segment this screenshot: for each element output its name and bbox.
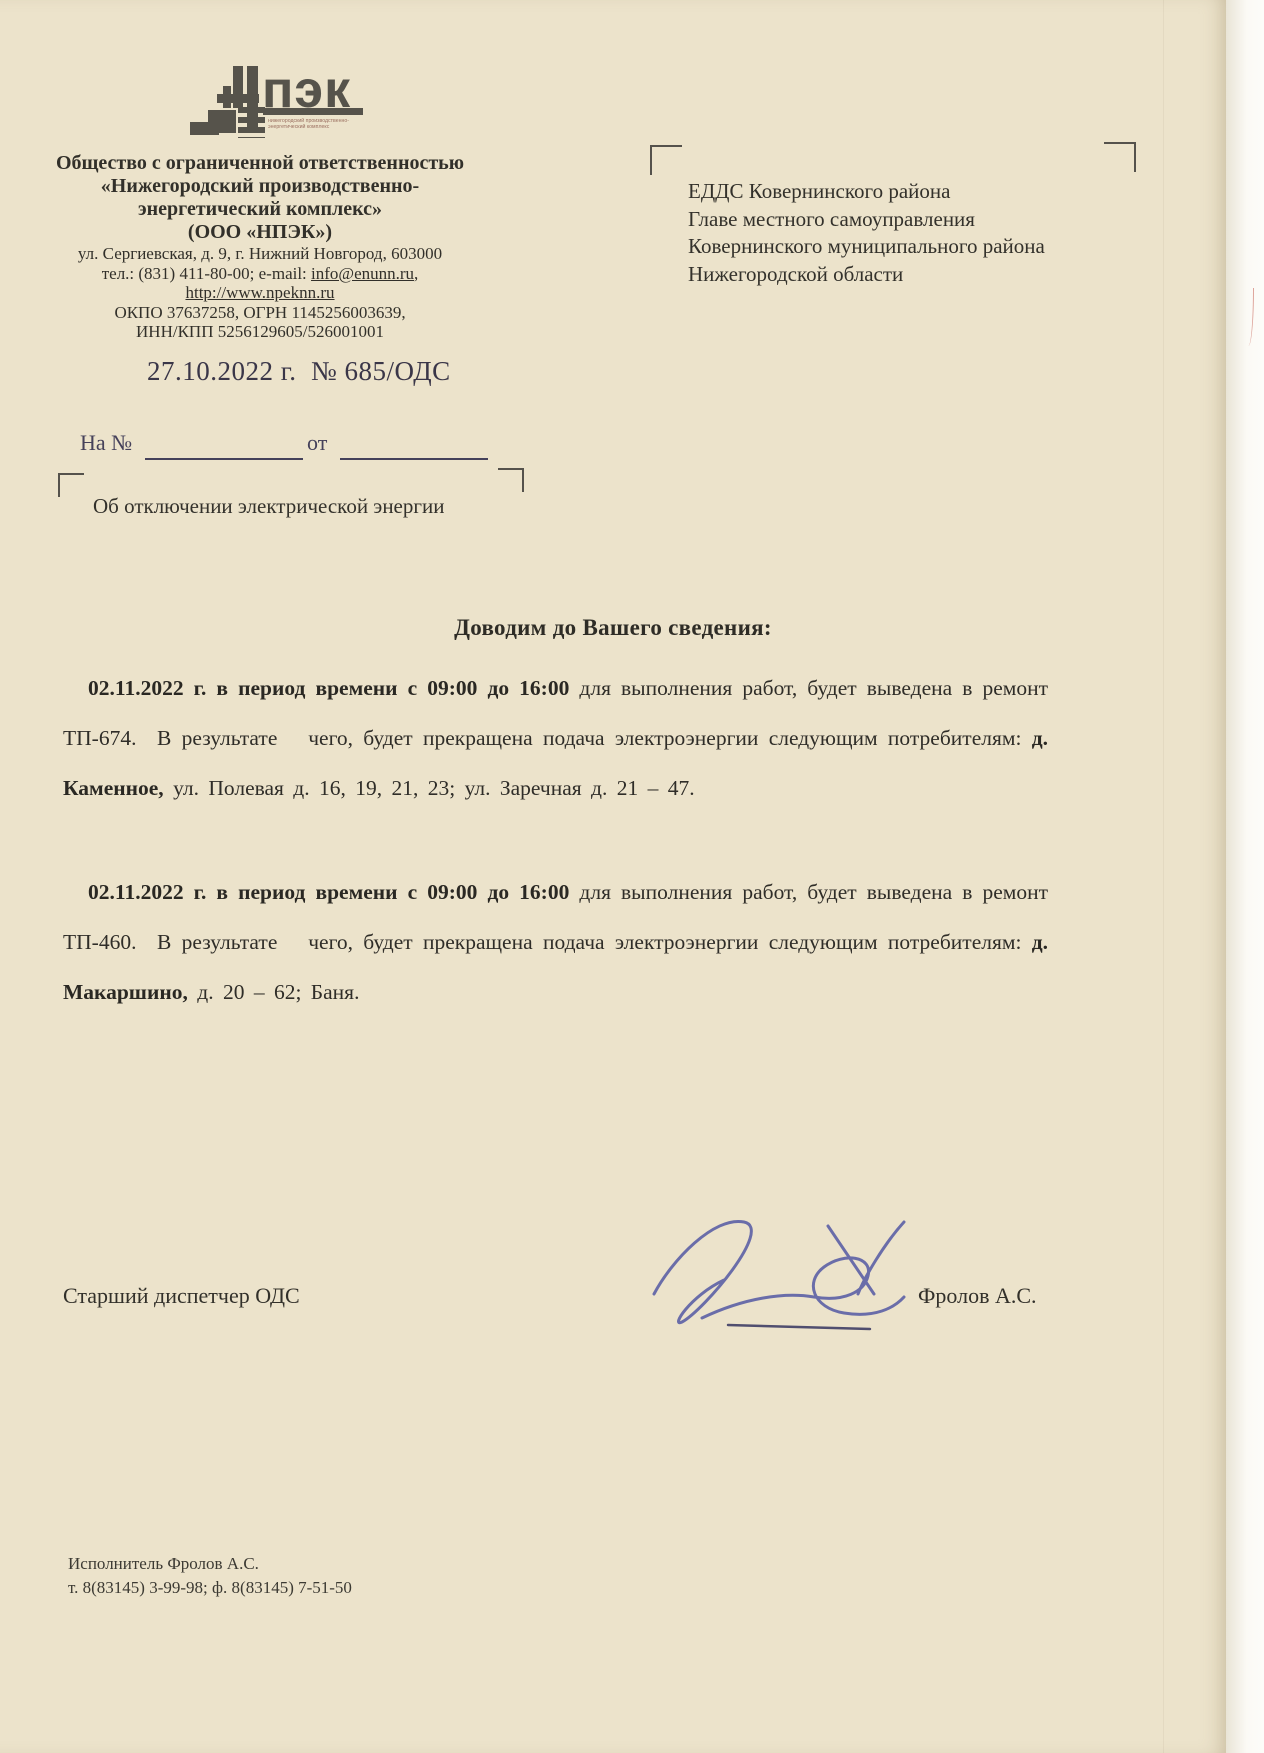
scan-edge <box>1226 0 1264 1753</box>
ref-date-blank <box>340 432 488 460</box>
executor-line: Исполнитель Фролов А.С. <box>68 1554 259 1574</box>
corner-mark <box>58 473 84 497</box>
recipient-line: ЕДДС Ковернинского района <box>688 178 1118 206</box>
date-number: 27.10.2022 г. № 685/ОДС <box>147 356 451 387</box>
corner-mark <box>1104 142 1136 172</box>
corner-mark <box>650 145 682 175</box>
notice-heading: Доводим до Вашего сведения: <box>0 615 1226 641</box>
subject-line: Об отключении электрической энергии <box>93 494 444 519</box>
company-logo: пэк нижегородский производственно- энерг… <box>190 58 375 142</box>
signatory-name: Фролов А.С. <box>918 1283 1037 1309</box>
body-paragraph-1: 02.11.2022 г. в период времени с 09:00 д… <box>63 663 1048 813</box>
outage-datetime-bold: 02.11.2022 г. в период времени с 09:00 д… <box>88 880 569 904</box>
letter-page: пэк нижегородский производственно- энерг… <box>0 0 1226 1753</box>
sender-name-line: (ООО «НПЭК») <box>30 221 490 244</box>
sender-contacts-comma: , <box>414 264 418 283</box>
recipient-block: ЕДДС Ковернинского района Главе местного… <box>688 178 1118 288</box>
logo-striped-block <box>238 107 265 138</box>
logo-text: пэк <box>262 64 351 116</box>
corner-mark <box>498 468 524 492</box>
sender-email: info@enunn.ru <box>311 264 414 283</box>
recipient-line: Нижегородской области <box>688 261 1118 289</box>
sender-name-line: энергетический комплекс» <box>30 198 490 221</box>
paragraph-text: д. 20 – 62; Баня. <box>188 980 360 1004</box>
sender-website: http://www.npeknn.ru <box>30 283 490 303</box>
sender-block: Общество с ограниченной ответственностью… <box>30 152 490 342</box>
outage-datetime-bold: 02.11.2022 г. в период времени с 09:00 д… <box>88 676 569 700</box>
ref-number-blank <box>145 432 303 460</box>
logo-tagline-line2: энергетический комплекс <box>268 124 336 130</box>
sender-name-line: Общество с ограниченной ответственностью <box>30 152 490 175</box>
body-paragraph-2: 02.11.2022 г. в период времени с 09:00 д… <box>63 867 1048 1017</box>
sender-contacts: тел.: (831) 411-80-00; e-mail: info@enun… <box>30 264 490 284</box>
recipient-line: Главе местного самоуправления <box>688 206 1118 234</box>
sender-inn-kpp: ИНН/КПП 5256129605/526001001 <box>30 322 490 342</box>
sender-okpo-ogrn: ОКПО 37637258, ОГРН 1145256003639, <box>30 303 490 323</box>
paragraph-text: ул. Полевая д. 16, 19, 21, 23; ул. Зареч… <box>164 776 695 800</box>
paper-fold-line <box>1163 0 1164 1753</box>
ref-na-label: На № <box>80 430 132 456</box>
logo-building-base <box>190 122 219 135</box>
sender-address: ул. Сергиевская, д. 9, г. Нижний Новгоро… <box>30 244 490 264</box>
signature-scribble <box>632 1198 932 1346</box>
logo-tagline: нижегородский производственно- энергетич… <box>268 118 336 129</box>
ref-ot-label: от <box>307 430 327 456</box>
recipient-line: Ковернинского муниципального района <box>688 233 1118 261</box>
sender-phone: тел.: (831) 411-80-00; e-mail: <box>102 264 311 283</box>
contact-phones-line: т. 8(83145) 3-99-98; ф. 8(83145) 7-51-50 <box>68 1578 352 1598</box>
sender-name-line: «Нижегородский производственно- <box>30 175 490 198</box>
signature-title: Старший диспетчер ОДС <box>63 1283 300 1309</box>
